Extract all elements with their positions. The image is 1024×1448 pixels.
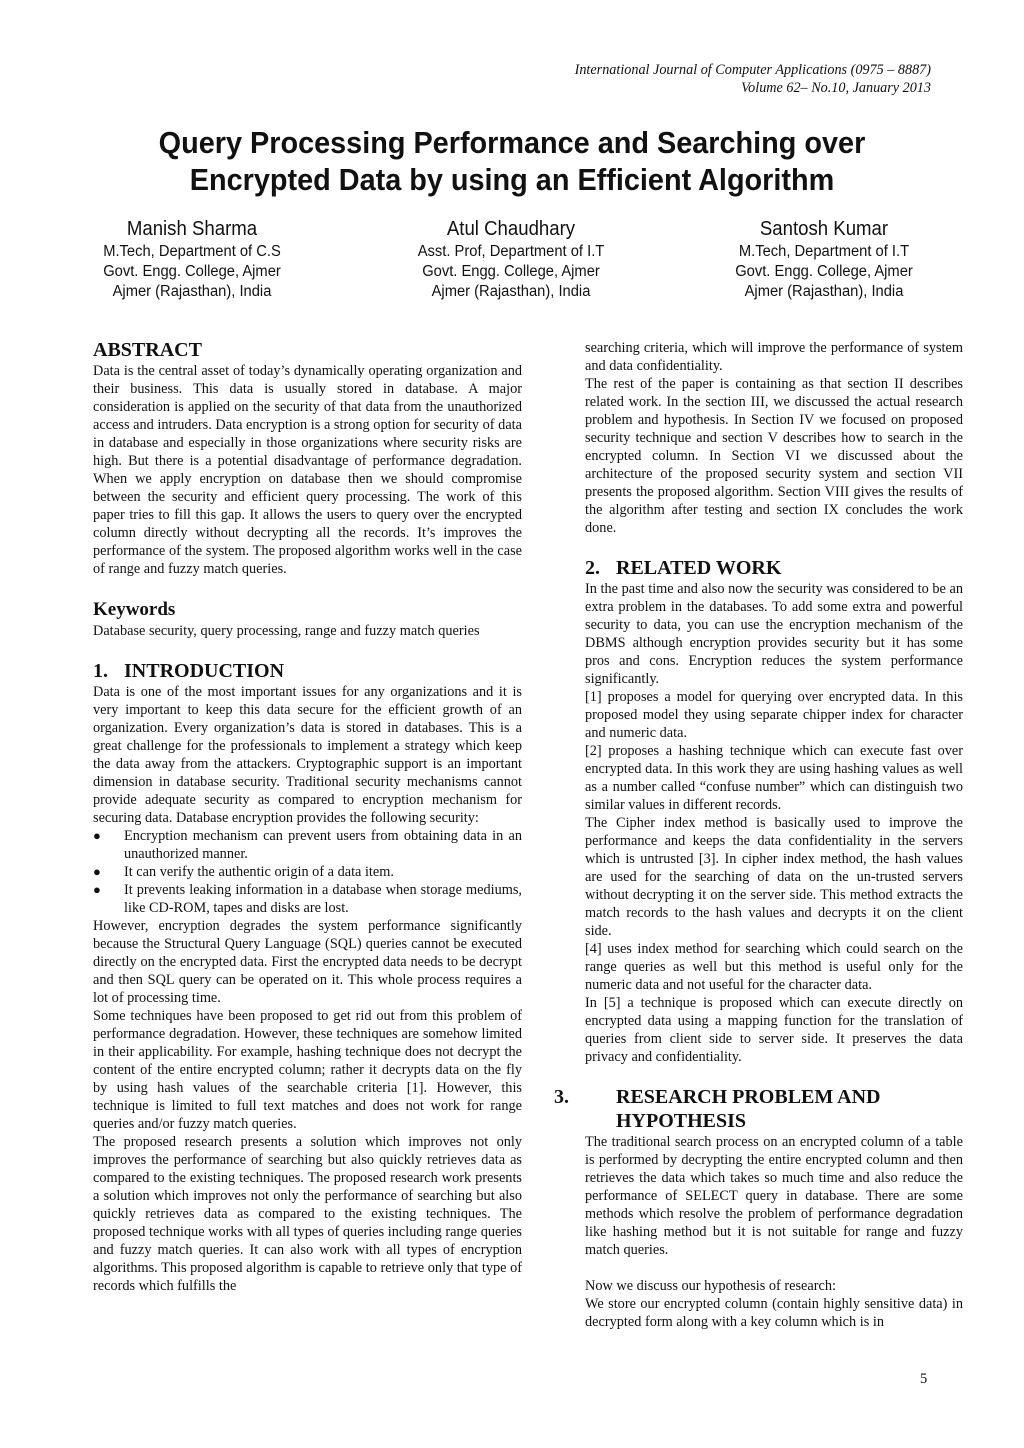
bullet-item: ●Encryption mechanism can prevent users … (93, 827, 522, 863)
intro-paragraph-5: The rest of the paper is containing as t… (585, 375, 963, 537)
author-2: Atul Chaudhary Asst. Prof, Department of… (361, 216, 661, 302)
bullet-icon: ● (93, 827, 101, 845)
related-work-paragraph-6: In [5] a technique is proposed which can… (585, 994, 963, 1066)
section-number: 1. (93, 659, 124, 683)
related-work-paragraph-4: The Cipher index method is basically use… (585, 814, 963, 940)
section-title-line-1: RESEARCH PROBLEM AND (616, 1086, 880, 1108)
journal-header: International Journal of Computer Applic… (575, 62, 931, 97)
bullet-item: ●It can verify the authentic origin of a… (93, 863, 522, 881)
author-1: Manish Sharma M.Tech, Department of C.S … (42, 216, 342, 302)
author-name: Atul Chaudhary (372, 216, 651, 242)
author-name: Manish Sharma (53, 216, 332, 242)
keywords-text: Database security, query processing, ran… (93, 622, 522, 640)
author-department: M.Tech, Department of C.S (50, 242, 335, 262)
author-college: Govt. Engg. College, Ajmer (369, 262, 654, 282)
author-department: Asst. Prof, Department of I.T (369, 242, 654, 262)
research-problem-paragraph-2: Now we discuss our hypothesis of researc… (585, 1277, 963, 1295)
journal-volume: Volume 62– No.10, January 2013 (575, 80, 931, 98)
paper-title: Query Processing Performance and Searchi… (92, 124, 933, 198)
right-column: searching criteria, which will improve t… (585, 339, 963, 1331)
related-work-paragraph-2: [1] proposes a model for querying over e… (585, 688, 963, 742)
related-work-paragraph-5: [4] uses index method for searching whic… (585, 940, 963, 994)
paper-title-line-1: Query Processing Performance and Searchi… (92, 124, 933, 161)
section-title-line-2: HYPOTHESIS (616, 1110, 746, 1132)
abstract-heading: ABSTRACT (93, 338, 522, 362)
keywords-heading: Keywords (93, 598, 522, 622)
bullet-item: ●It prevents leaking information in a da… (93, 881, 522, 917)
section-heading-research-problem: 3.RESEARCH PROBLEM ANDHYPOTHESIS (585, 1085, 963, 1133)
author-3: Santosh Kumar M.Tech, Department of I.T … (674, 216, 974, 302)
author-location: Ajmer (Rajasthan), India (369, 282, 654, 302)
research-problem-paragraph-3: We store our encrypted column (contain h… (585, 1295, 963, 1331)
intro-paragraph-3: Some techniques have been proposed to ge… (93, 1007, 522, 1133)
intro-paragraph-4: The proposed research presents a solutio… (93, 1133, 522, 1295)
author-location: Ajmer (Rajasthan), India (682, 282, 967, 302)
intro-paragraph-4-continued: searching criteria, which will improve t… (585, 339, 963, 375)
related-work-paragraph-3: [2] proposes a hashing technique which c… (585, 742, 963, 814)
journal-name: International Journal of Computer Applic… (575, 62, 931, 80)
intro-paragraph-1: Data is one of the most important issues… (93, 683, 522, 827)
security-bullet-list: ●Encryption mechanism can prevent users … (93, 827, 522, 917)
page-number: 5 (920, 1371, 927, 1388)
author-department: M.Tech, Department of I.T (682, 242, 967, 262)
author-name: Santosh Kumar (685, 216, 964, 242)
section-heading-introduction: 1.INTRODUCTION (93, 659, 522, 683)
section-title: INTRODUCTION (124, 660, 284, 682)
section-number: 3. (585, 1085, 616, 1109)
author-block: Manish Sharma M.Tech, Department of C.S … (0, 216, 1024, 306)
related-work-paragraph-1: In the past time and also now the securi… (585, 580, 963, 688)
author-college: Govt. Engg. College, Ajmer (50, 262, 335, 282)
section-heading-related-work: 2.RELATED WORK (585, 556, 963, 580)
section-title: RELATED WORK (616, 557, 781, 579)
intro-paragraph-2: However, encryption degrades the system … (93, 917, 522, 1007)
research-problem-paragraph-1: The traditional search process on an enc… (585, 1133, 963, 1259)
section-number: 2. (585, 556, 616, 580)
left-column: ABSTRACT Data is the central asset of to… (93, 338, 522, 1295)
bullet-icon: ● (93, 881, 101, 899)
bullet-icon: ● (93, 863, 101, 881)
author-college: Govt. Engg. College, Ajmer (682, 262, 967, 282)
author-location: Ajmer (Rajasthan), India (50, 282, 335, 302)
paper-title-line-2: Encrypted Data by using an Efficient Alg… (92, 161, 933, 198)
abstract-text: Data is the central asset of today’s dyn… (93, 362, 522, 578)
